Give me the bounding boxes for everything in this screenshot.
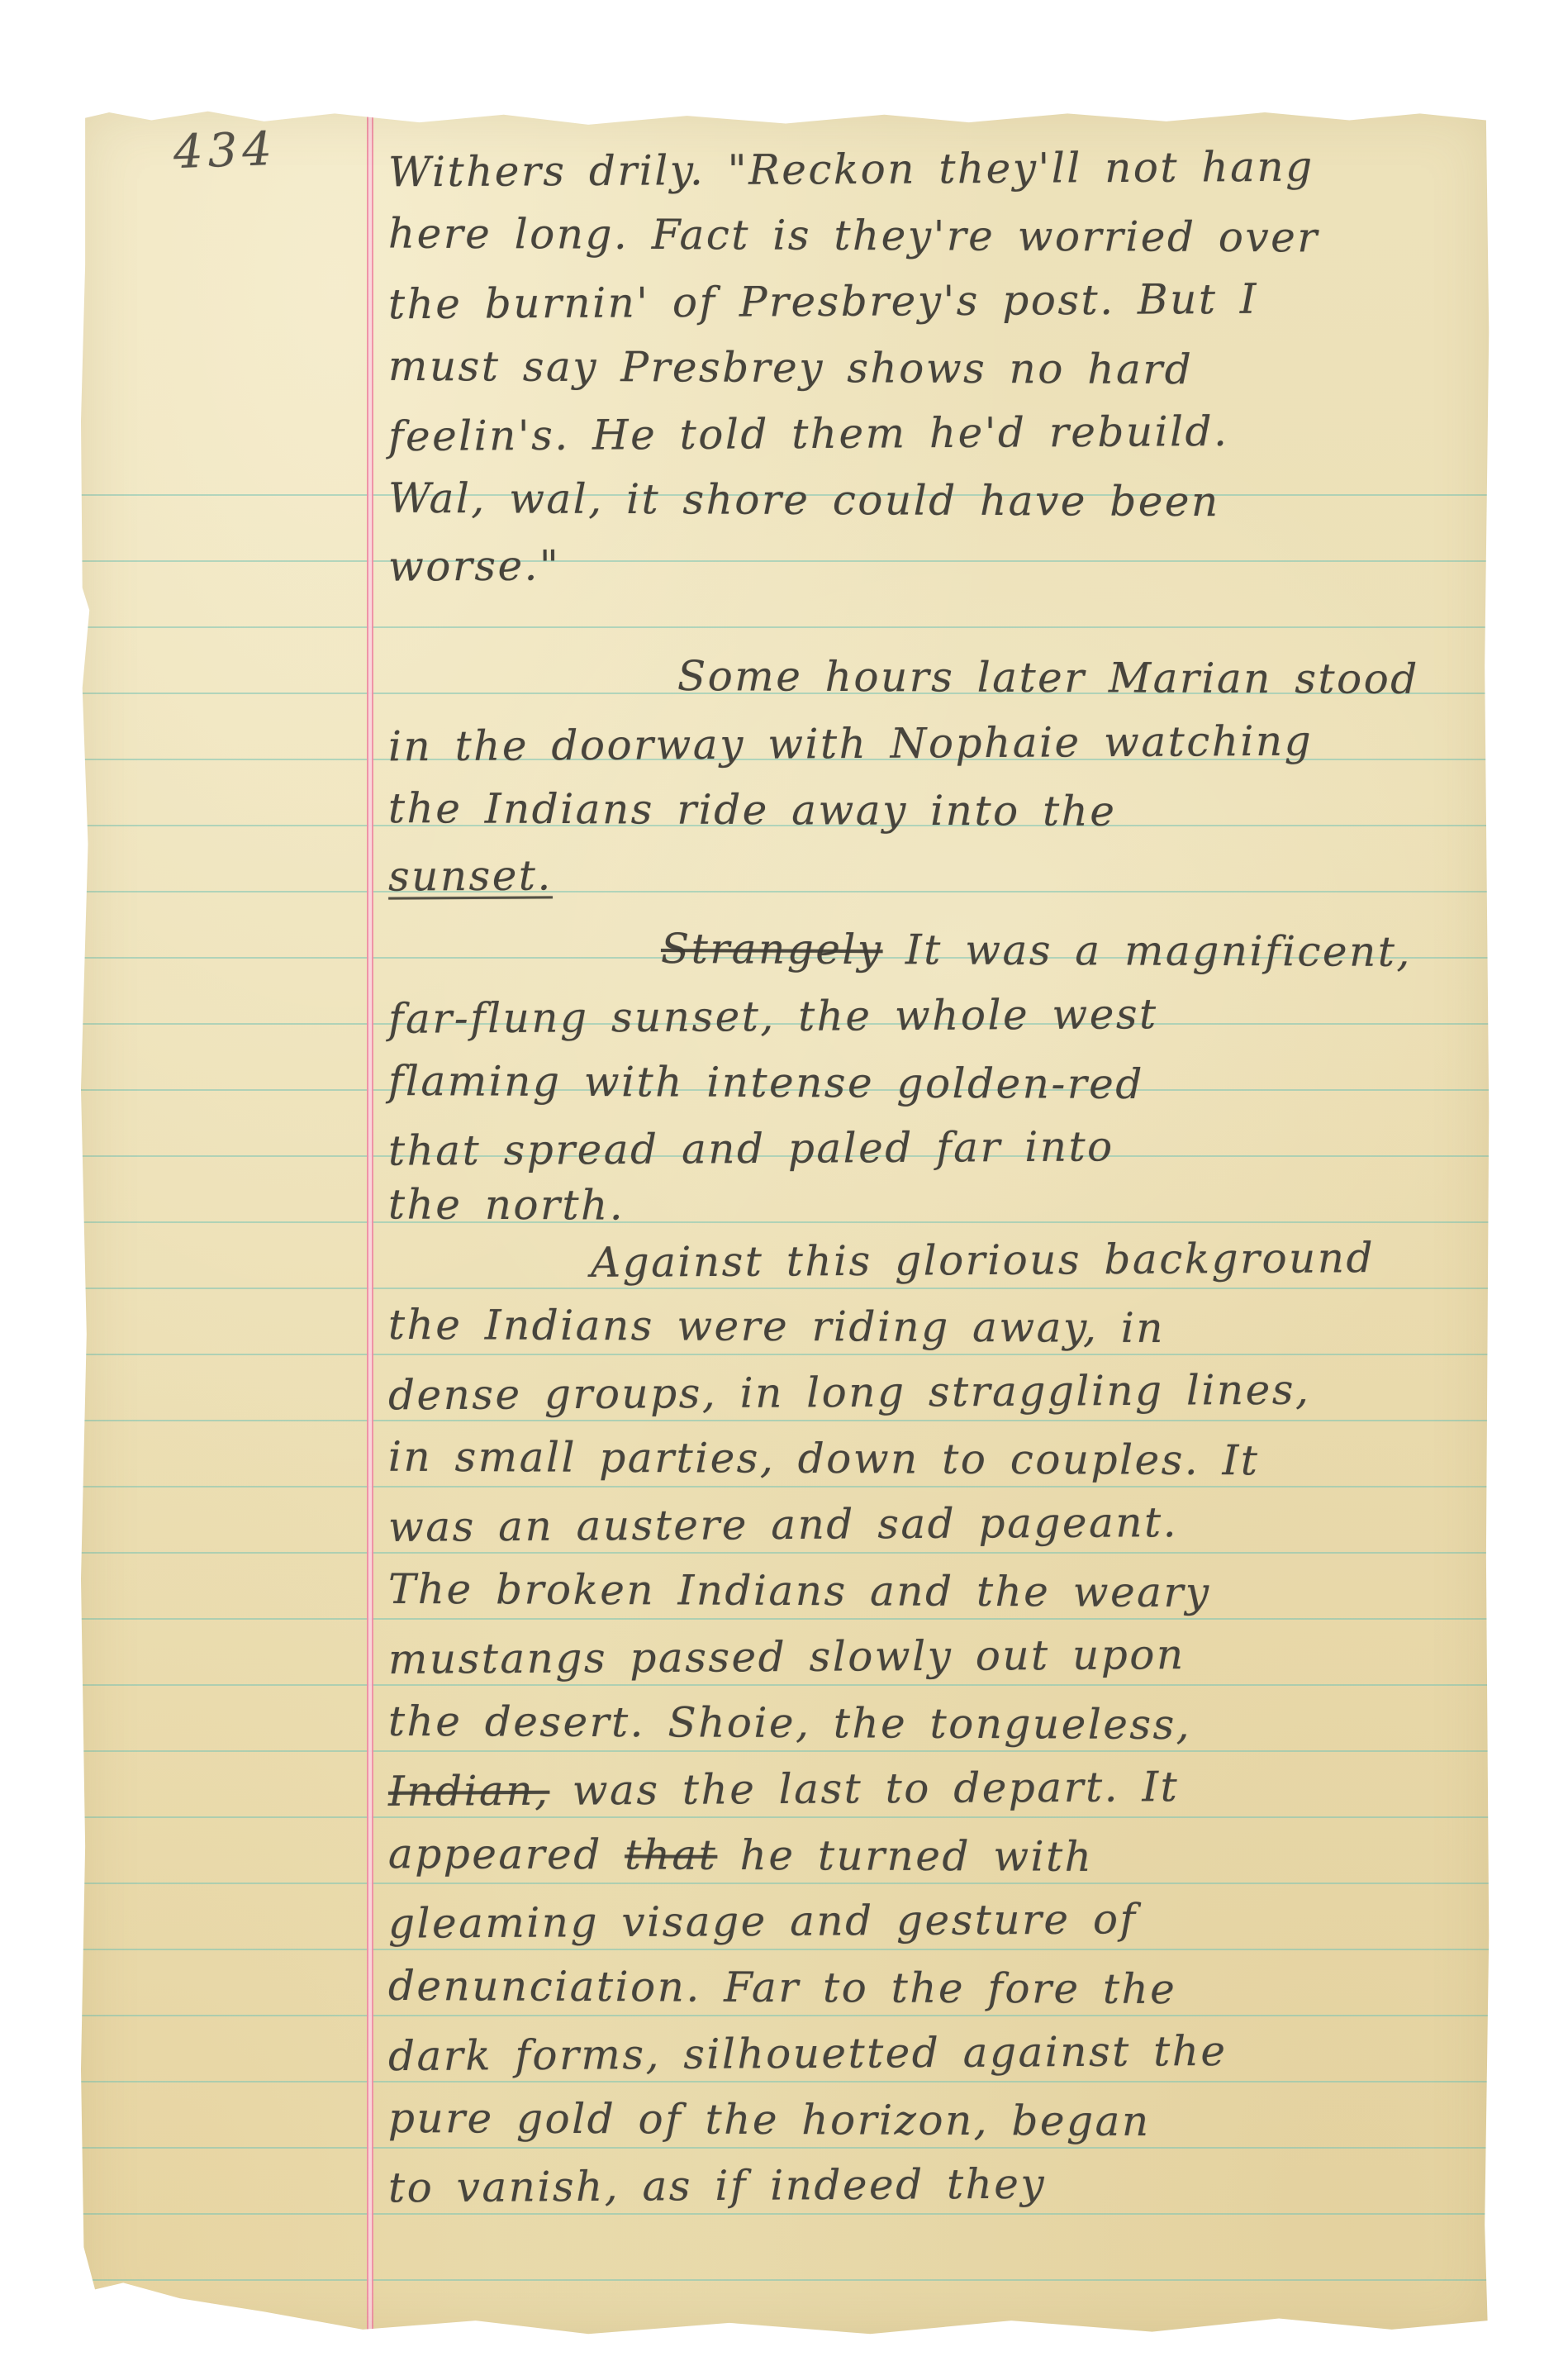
line-text: dark forms, silhouetted against the xyxy=(388,2027,1228,2080)
line-text: The broken Indians and the weary xyxy=(388,1565,1211,1616)
line-text: pure gold of the horizon, began xyxy=(388,2094,1151,2145)
line-text: the desert. Shoie, the tongueless, xyxy=(388,1697,1191,1749)
line-text: the north. xyxy=(388,1180,625,1229)
manuscript-line: dark forms, silhouetted against the xyxy=(388,2026,1228,2081)
line-text: he turned with xyxy=(717,1831,1093,1881)
manuscript-line: Some hours later Marian stood xyxy=(677,651,1419,704)
line-text: worse." xyxy=(388,541,561,590)
line-text: It was a magnificent, xyxy=(882,926,1411,976)
line-text: dense groups, in long straggling lines, xyxy=(388,1366,1311,1420)
line-text: must say Presbrey shows no hard xyxy=(388,342,1193,393)
scan-background: 434 Withers drily. "Reckon they'll not h… xyxy=(0,0,1568,2380)
manuscript-line: in small parties, down to couples. It xyxy=(388,1432,1260,1486)
struck-word: that xyxy=(625,1830,717,1878)
manuscript-line: mustangs passed slowly out upon xyxy=(388,1630,1186,1684)
manuscript-line: Against this glorious background xyxy=(591,1233,1375,1288)
line-text: mustangs passed slowly out upon xyxy=(388,1630,1186,1683)
manuscript-line: Wal, wal, it shore could have been xyxy=(388,474,1220,526)
manuscript-line: Withers drily. "Reckon they'll not hang xyxy=(388,142,1314,198)
manuscript-line: far-flung sunset, the whole west xyxy=(388,989,1158,1044)
manuscript-line: pure gold of the horizon, began xyxy=(388,2093,1151,2146)
manuscript-line: Indian, was the last to depart. It xyxy=(388,1762,1180,1816)
line-text: gleaming visage and gesture of xyxy=(388,1895,1138,1948)
manuscript-line: gleaming visage and gesture of xyxy=(388,1894,1138,1949)
line-text: in the doorway with Nophaie watching xyxy=(388,717,1313,771)
manuscript-line: The broken Indians and the weary xyxy=(388,1564,1211,1617)
manuscript-line: the desert. Shoie, the tongueless, xyxy=(388,1697,1191,1749)
line-text: to vanish, as if indeed they xyxy=(388,2160,1046,2212)
manuscript-line: the north. xyxy=(388,1179,625,1230)
line-text: here long. Fact is they're worried over xyxy=(388,210,1319,262)
line-text: the Indians ride away into the xyxy=(388,784,1117,835)
line-text: appeared xyxy=(388,1830,625,1878)
manuscript-line: the Indians were riding away, in xyxy=(388,1300,1165,1353)
manuscript-line: here long. Fact is they're worried over xyxy=(388,209,1319,263)
manuscript-line: must say Presbrey shows no hard xyxy=(388,341,1193,394)
line-text: was the last to depart. It xyxy=(549,1763,1179,1815)
manuscript-line: dense groups, in long straggling lines, xyxy=(388,1365,1311,1421)
manuscript-line: Strangely It was a magnificent, xyxy=(661,924,1412,977)
line-text: the burnin' of Presbrey's post. But I xyxy=(388,275,1258,328)
manuscript-line: to vanish, as if indeed they xyxy=(388,2159,1047,2213)
manuscript-line: worse." xyxy=(388,540,561,591)
struck-word: Strangely xyxy=(661,925,883,973)
line-text: that spread and paled far into xyxy=(388,1122,1114,1174)
manuscript-line: appeared that he turned with xyxy=(388,1829,1094,1882)
manuscript-line: denunciation. Far to the fore the xyxy=(388,1961,1177,2014)
manuscript-line: in the doorway with Nophaie watching xyxy=(388,716,1314,772)
line-text: Against this glorious background xyxy=(591,1234,1375,1287)
line-text: far-flung sunset, the whole west xyxy=(388,990,1158,1043)
line-text: flaming with intense golden-red xyxy=(388,1057,1144,1108)
underlined-word: sunset. xyxy=(388,851,553,900)
line-text: feelin's. He told them he'd rebuild. xyxy=(388,407,1229,460)
manuscript-line: flaming with intense golden-red xyxy=(388,1056,1144,1109)
line-text: denunciation. Far to the fore the xyxy=(388,1962,1177,2013)
line-text: was an austere and sad pageant. xyxy=(388,1498,1178,1551)
manuscript-line: the Indians ride away into the xyxy=(388,783,1117,836)
manuscript-line: sunset. xyxy=(388,850,553,901)
line-text: Withers drily. "Reckon they'll not hang xyxy=(388,143,1314,197)
handwritten-text: Withers drily. "Reckon they'll not hangh… xyxy=(81,109,1490,2336)
line-text: Wal, wal, it shore could have been xyxy=(388,474,1220,526)
struck-word: Indian, xyxy=(388,1767,550,1816)
line-text: in small parties, down to couples. It xyxy=(388,1433,1260,1485)
line-text: the Indians were riding away, in xyxy=(388,1301,1165,1352)
manuscript-page: 434 Withers drily. "Reckon they'll not h… xyxy=(81,109,1490,2336)
manuscript-line: feelin's. He told them he'd rebuild. xyxy=(388,407,1229,461)
manuscript-line: was an austere and sad pageant. xyxy=(388,1497,1178,1552)
manuscript-line: that spread and paled far into xyxy=(388,1121,1114,1175)
manuscript-line: the burnin' of Presbrey's post. But I xyxy=(388,274,1258,329)
line-text: Some hours later Marian stood xyxy=(677,652,1419,703)
